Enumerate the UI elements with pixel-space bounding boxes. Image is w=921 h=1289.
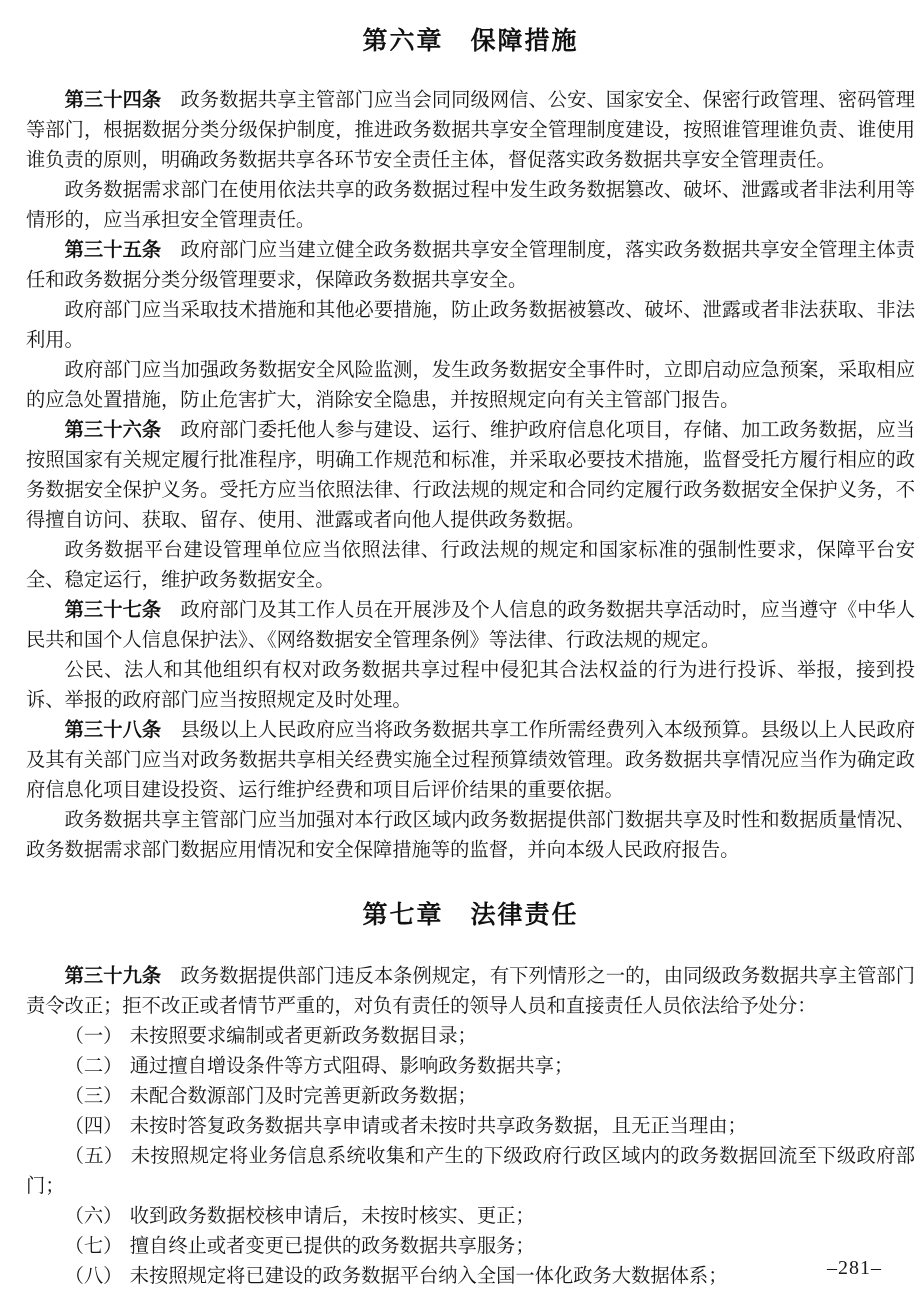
- paragraph: 政务数据需求部门在使用依法共享的政务数据过程中发生政务数据篡改、破坏、泄露或者非…: [26, 176, 915, 236]
- list-item-text: 未按照要求编制或者更新政务数据目录；: [130, 1026, 477, 1047]
- list-item-text: 未配合数源部门及时完善更新政务数据；: [130, 1086, 477, 1107]
- list-item-text: 未按照规定将业务信息系统收集和产生的下级政府行政区域内的政务数据回流至下级政府部…: [26, 1146, 915, 1197]
- list-item-text: 未按照规定将已建设的政务数据平台纳入全国一体化政务大数据体系；: [130, 1266, 728, 1287]
- paragraph-text: 政府部门应当采取技术措施和其他必要措施，防止政务数据被篡改、破坏、泄露或者非法获…: [26, 300, 915, 351]
- list-item-6: （六）收到政务数据校核申请后，未按时核实、更正；: [26, 1202, 915, 1232]
- paragraph-text: 政务数据平台建设管理单位应当依照法律、行政法规的规定和国家标准的强制性要求，保障…: [26, 540, 915, 591]
- list-item-5: （五）未按照规定将业务信息系统收集和产生的下级政府行政区域内的政务数据回流至下级…: [26, 1142, 915, 1202]
- paragraph: 政务数据共享主管部门应当加强对本行政区域内政务数据提供部门数据共享及时性和数据质…: [26, 806, 915, 866]
- list-item-8: （八）未按照规定将已建设的政务数据平台纳入全国一体化政务大数据体系；: [26, 1262, 915, 1289]
- list-item-marker: （五）: [65, 1146, 124, 1167]
- paragraph-article-37: 第三十七条政府部门及其工作人员在开展涉及个人信息的政务数据共享活动时，应当遵守《…: [26, 596, 915, 656]
- list-item-marker: （二）: [65, 1056, 123, 1077]
- list-item-text: 收到政务数据校核申请后，未按时核实、更正；: [130, 1206, 535, 1227]
- paragraph-text: 政务数据共享主管部门应当加强对本行政区域内政务数据提供部门数据共享及时性和数据质…: [26, 810, 915, 861]
- article-34-number: 第三十四条: [65, 90, 162, 111]
- paragraph: 政务数据平台建设管理单位应当依照法律、行政法规的规定和国家标准的强制性要求，保障…: [26, 536, 915, 596]
- paragraph-article-35: 第三十五条政府部门应当建立健全政务数据共享安全管理制度，落实政务数据共享安全管理…: [26, 236, 915, 296]
- article-35-number: 第三十五条: [65, 240, 162, 261]
- list-item-marker: （三）: [65, 1086, 123, 1107]
- list-item-text: 未按时答复政务数据共享申请或者未按时共享政务数据，且无正当理由；: [130, 1116, 747, 1137]
- list-item-marker: （七）: [65, 1236, 123, 1257]
- list-item-marker: （四）: [65, 1116, 123, 1137]
- paragraph-article-34: 第三十四条政务数据共享主管部门应当会同同级网信、公安、国家安全、保密行政管理、密…: [26, 86, 915, 176]
- paragraph-text: 公民、法人和其他组织有权对政务数据共享过程中侵犯其合法权益的行为进行投诉、举报，…: [26, 660, 915, 711]
- list-item-text: 擅自终止或者变更已提供的政务数据共享服务；: [130, 1236, 535, 1257]
- list-item-2: （二）通过擅自增设条件等方式阻碍、影响政务数据共享；: [26, 1052, 915, 1082]
- paragraph-text: 政务数据需求部门在使用依法共享的政务数据过程中发生政务数据篡改、破坏、泄露或者非…: [26, 180, 915, 231]
- list-item-7: （七）擅自终止或者变更已提供的政务数据共享服务；: [26, 1232, 915, 1262]
- paragraph-article-38: 第三十八条县级以上人民政府应当将政务数据共享工作所需经费列入本级预算。县级以上人…: [26, 716, 915, 806]
- list-item-3: （三）未配合数源部门及时完善更新政务数据；: [26, 1082, 915, 1112]
- list-item-marker: （八）: [65, 1266, 123, 1287]
- paragraph: 政府部门应当采取技术措施和其他必要措施，防止政务数据被篡改、破坏、泄露或者非法获…: [26, 296, 915, 356]
- chapter-7-heading: 第七章 法律责任: [26, 898, 915, 932]
- paragraph-article-39: 第三十九条政务数据提供部门违反本条例规定，有下列情形之一的，由同级政务数据共享主…: [26, 962, 915, 1022]
- paragraph-text: 政府部门应当加强政务数据安全风险监测，发生政务数据安全事件时，立即启动应急预案，…: [26, 360, 915, 411]
- paragraph: 政府部门应当加强政务数据安全风险监测，发生政务数据安全事件时，立即启动应急预案，…: [26, 356, 915, 416]
- article-37-number: 第三十七条: [65, 600, 162, 621]
- list-item-text: 通过擅自增设条件等方式阻碍、影响政务数据共享；: [130, 1056, 573, 1077]
- article-39-number: 第三十九条: [65, 966, 162, 987]
- article-36-number: 第三十六条: [65, 420, 162, 441]
- list-item-marker: （一）: [65, 1026, 123, 1047]
- chapter-6-heading: 第六章 保障措施: [26, 24, 915, 58]
- list-item-4: （四）未按时答复政务数据共享申请或者未按时共享政务数据，且无正当理由；: [26, 1112, 915, 1142]
- list-item-marker: （六）: [65, 1206, 123, 1227]
- article-38-number: 第三十八条: [65, 720, 162, 741]
- paragraph-article-36: 第三十六条政府部门委托他人参与建设、运行、维护政府信息化项目，存储、加工政务数据…: [26, 416, 915, 536]
- paragraph: 公民、法人和其他组织有权对政务数据共享过程中侵犯其合法权益的行为进行投诉、举报，…: [26, 656, 915, 716]
- list-item-1: （一）未按照要求编制或者更新政务数据目录；: [26, 1022, 915, 1052]
- document-page: 第六章 保障措施 第三十四条政务数据共享主管部门应当会同同级网信、公安、国家安全…: [0, 0, 921, 1289]
- page-number: –281–: [827, 1257, 882, 1279]
